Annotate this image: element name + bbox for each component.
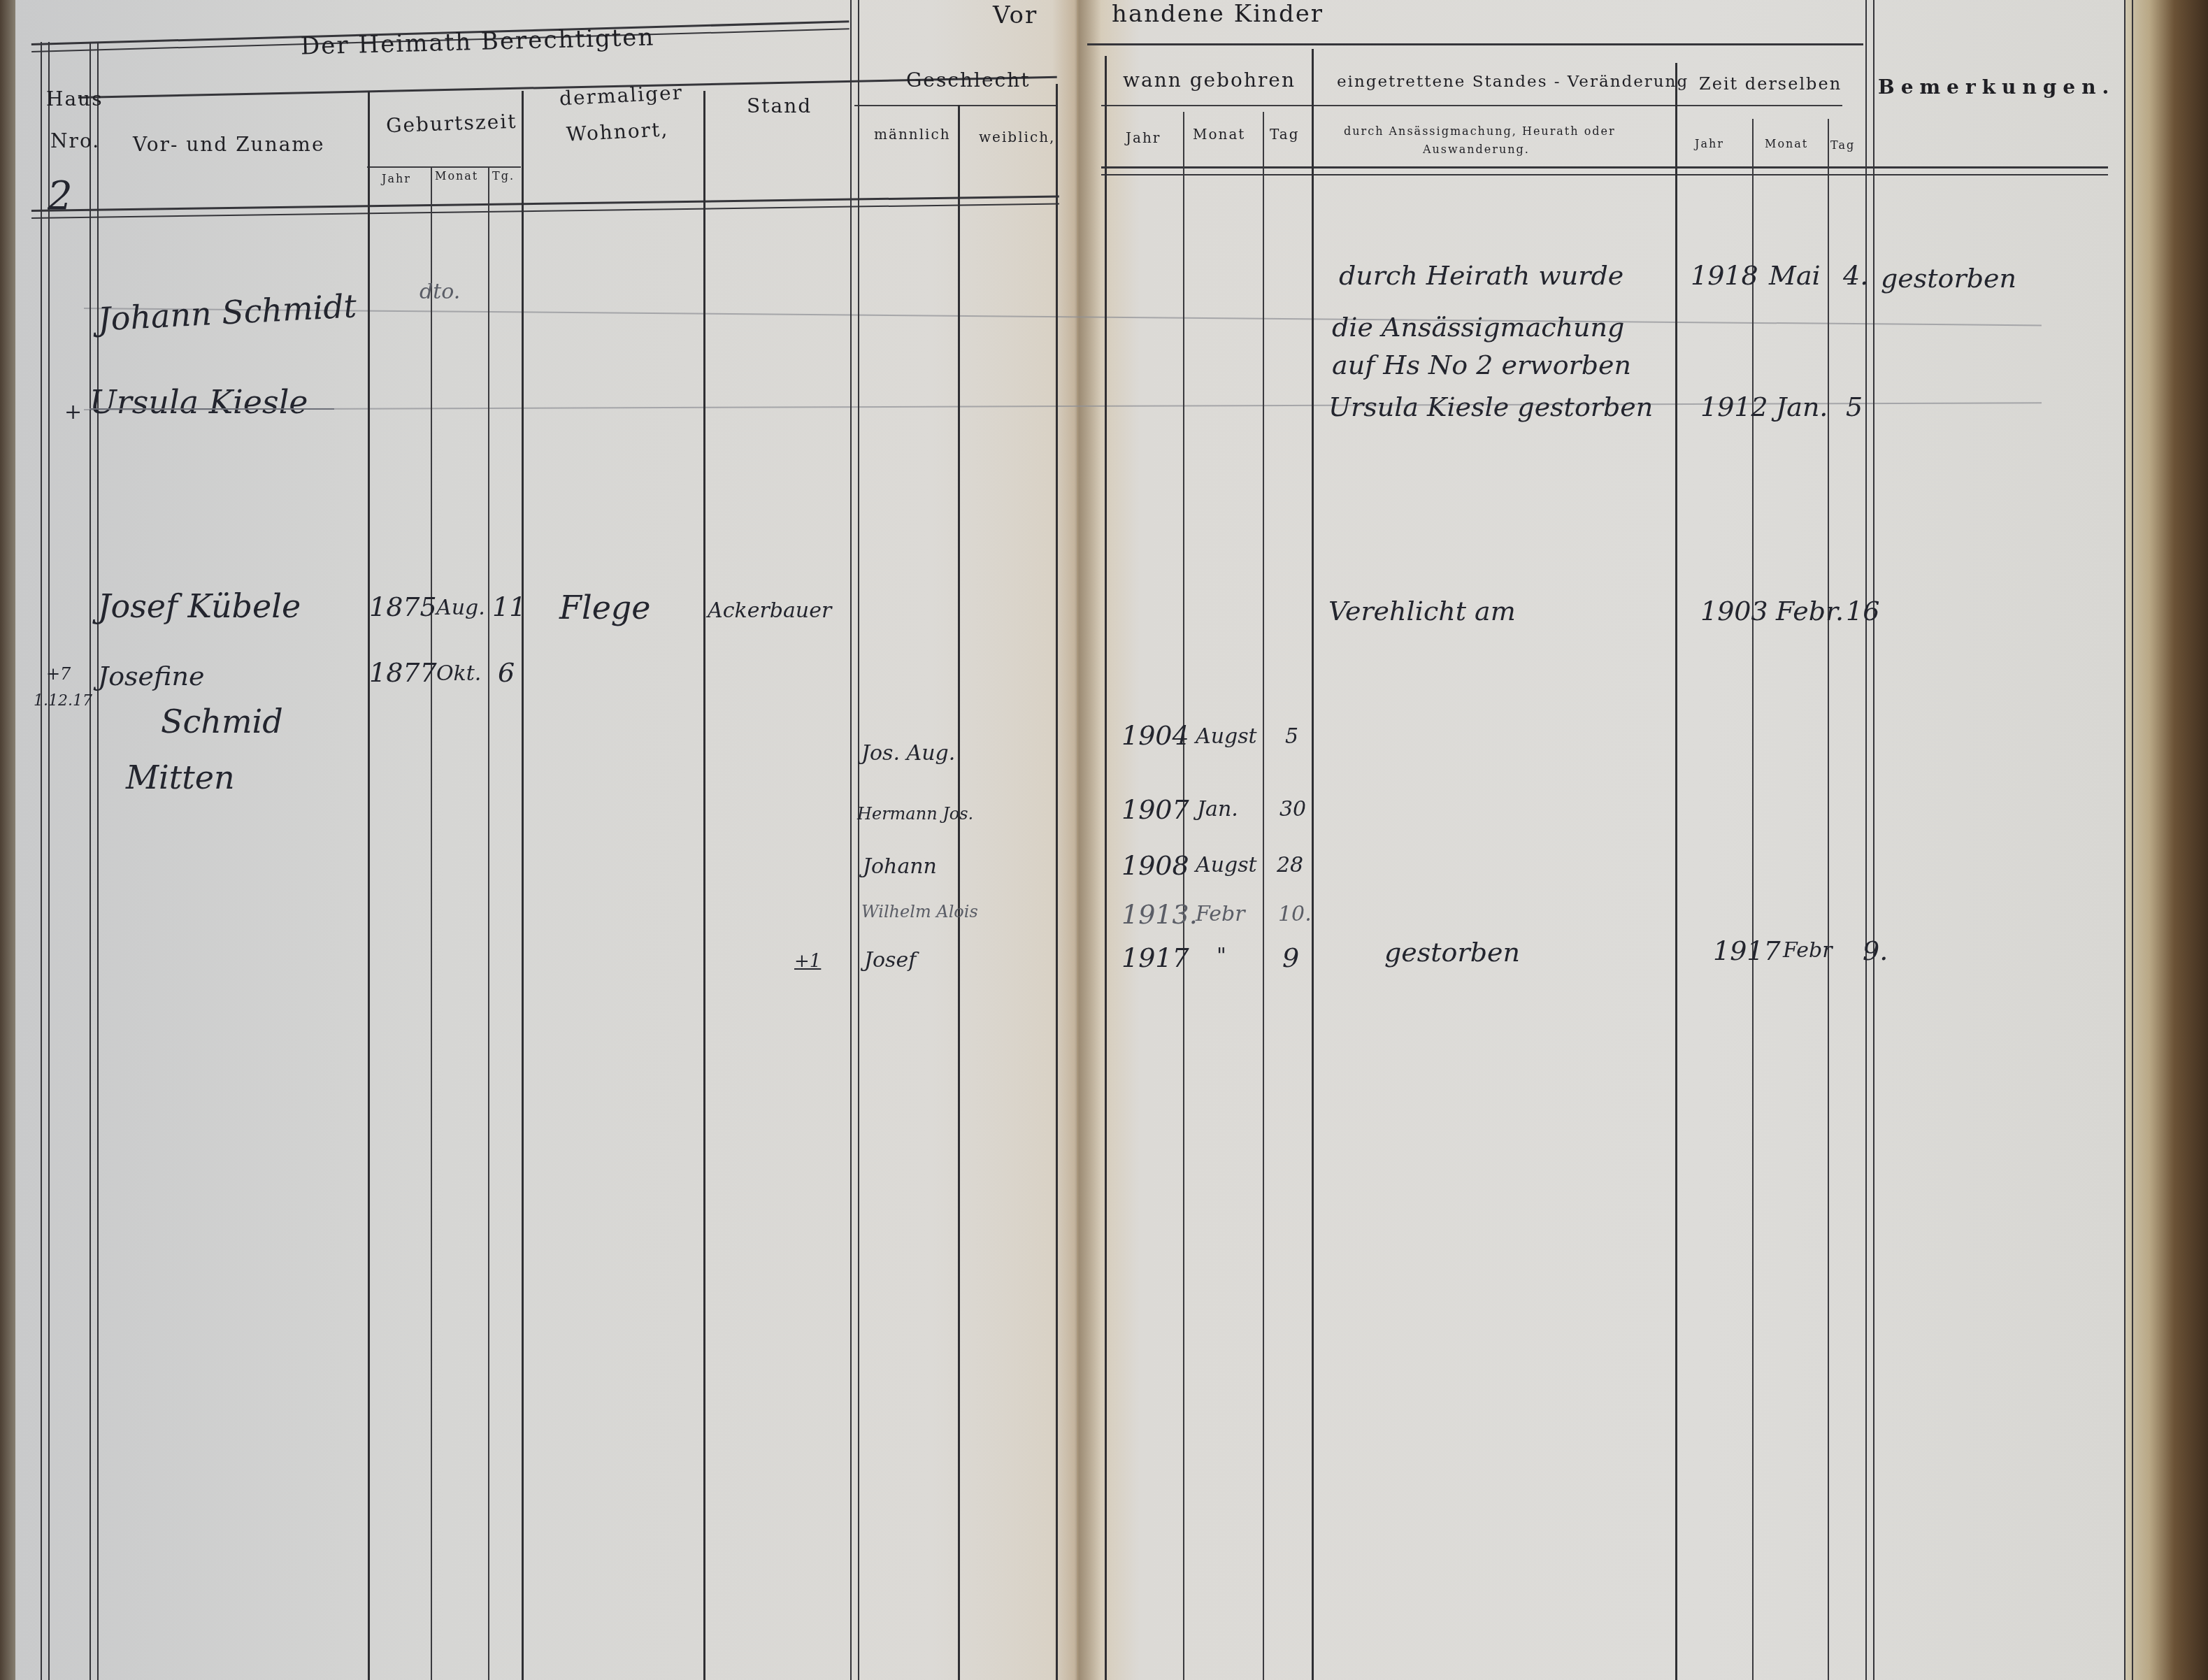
- rule-birth-year: [431, 168, 432, 1680]
- entry-day: 4.: [1843, 260, 1868, 291]
- header-time-month: Monat: [1765, 137, 1808, 150]
- margin-note-2: 1.12.17: [34, 692, 92, 710]
- header-bottom-rule-right: [1101, 166, 2108, 175]
- header-birth-day: Tg.: [492, 169, 515, 182]
- rule-change: [1675, 63, 1677, 1680]
- rule-born-year: [1183, 112, 1184, 1680]
- entry-month: Mai: [1769, 260, 1821, 291]
- entry-change: Ursula Kiesle gestorben: [1328, 392, 1653, 422]
- span-header-part2: handene Kinder: [1112, 0, 1324, 28]
- child-month: Augst: [1196, 724, 1257, 749]
- rule-female: [1056, 84, 1058, 1680]
- child-change-year: 1917: [1713, 935, 1781, 966]
- strike-line: [89, 408, 334, 410]
- child-name: Josef: [864, 948, 916, 972]
- rule-time-year: [1752, 119, 1754, 1680]
- child-day: 5: [1285, 724, 1298, 749]
- birth-subheader-rule: [367, 166, 521, 168]
- child-month: Febr: [1196, 902, 1245, 926]
- header-birth-month: Monat: [435, 169, 478, 182]
- child-day: 28: [1277, 853, 1303, 877]
- entry-birth-month: Aug.: [436, 596, 485, 620]
- book-gutter: [1052, 0, 1101, 1680]
- header-change-sub-2: Auswanderung.: [1423, 143, 1530, 156]
- rule-birth-month: [488, 168, 489, 1680]
- entry-month: Febr.: [1776, 596, 1844, 626]
- rule-born-left: [1105, 56, 1107, 1680]
- entry-change: Verehlicht am: [1328, 596, 1516, 626]
- child-month: Augst: [1196, 853, 1257, 877]
- child-day: 30: [1279, 797, 1306, 821]
- header-nro: Nro.: [50, 129, 100, 152]
- header-change: eingetrettene Standes - Veränderung: [1337, 73, 1689, 91]
- book-binding-right: [2124, 0, 2208, 1680]
- header-remarks: Bemerkungen.: [1878, 76, 2115, 99]
- entry-birth-note: dto.: [420, 280, 460, 304]
- child-year: 1904: [1121, 720, 1189, 751]
- child-day: 10.: [1278, 902, 1312, 926]
- entry-stand: Ackerbauer: [708, 598, 831, 623]
- header-female: weiblich,: [979, 129, 1055, 145]
- house-number: 2: [48, 173, 73, 219]
- rule-remarks: [2124, 0, 2133, 1680]
- entry-birth-month: Okt.: [436, 661, 481, 686]
- child-change-day: 9.: [1863, 935, 1888, 966]
- header-sex: Geschlecht: [906, 69, 1031, 92]
- entry-name-line-3: Mitten: [126, 759, 235, 796]
- rule-time-month: [1828, 119, 1829, 1680]
- rule-born-month: [1263, 112, 1264, 1680]
- header-born-year: Jahr: [1126, 129, 1161, 146]
- header-name: Vor- und Zuname: [133, 133, 324, 156]
- death-mark: +: [64, 400, 82, 424]
- header-male: männlich: [874, 126, 951, 143]
- entry-year: 1918: [1691, 260, 1758, 291]
- rule-time: [1865, 0, 1874, 1680]
- entry-change-line-3: auf Hs No 2 erworben: [1332, 350, 1631, 380]
- rule-haus: [89, 42, 99, 1680]
- rule-stand: [850, 0, 859, 1680]
- entry-birth-year: 1877: [369, 657, 437, 688]
- child-month: ": [1217, 944, 1226, 968]
- entry-month: Jan.: [1776, 392, 1828, 422]
- entry-remark: gestorben: [1881, 263, 2016, 294]
- rule-margin: [41, 42, 50, 1680]
- entry-birth-year: 1875: [369, 591, 437, 622]
- death-mark: +1: [794, 951, 821, 972]
- child-year: 1917: [1121, 942, 1189, 973]
- subheader-rule-right: [1101, 105, 1842, 106]
- child-name: Johann: [863, 854, 937, 879]
- rule-born: [1312, 49, 1314, 1680]
- entry-change-line-2: die Ansässigmachung: [1332, 312, 1624, 343]
- header-time-year: Jahr: [1695, 137, 1724, 150]
- entry-year: 1912: [1700, 392, 1768, 422]
- header-time: Zeit derselben: [1699, 74, 1842, 94]
- span-header-part1: Vor: [993, 1, 1038, 29]
- child-name: Wilhelm Alois: [861, 902, 978, 921]
- header-birth: Geburtszeit: [385, 110, 517, 138]
- group-header-rule-right: [1087, 43, 1863, 45]
- header-haus: Haus: [46, 87, 103, 110]
- header-born: wann gebohren: [1123, 69, 1296, 92]
- rule-birth: [522, 91, 524, 1680]
- entry-residence: Flege: [559, 589, 651, 626]
- child-change-month: Febr: [1783, 938, 1832, 963]
- entry-name-line-2: Schmid: [161, 703, 283, 740]
- child-day: 9: [1282, 942, 1299, 973]
- book-binding-left: [0, 0, 17, 1680]
- entry-name: Josef Kübele: [98, 587, 301, 625]
- child-year: 1913.: [1121, 899, 1198, 930]
- left-page: [15, 0, 1092, 1680]
- child-month: Jan.: [1197, 797, 1238, 821]
- header-birth-year: Jahr: [382, 172, 411, 185]
- sex-subheader-rule: [854, 105, 1057, 106]
- child-name: Hermann Jos.: [857, 804, 973, 824]
- child-year: 1907: [1121, 794, 1189, 825]
- entry-day: 5: [1846, 392, 1863, 422]
- header-born-month: Monat: [1193, 126, 1245, 143]
- margin-note-1: +7: [46, 664, 71, 684]
- header-change-sub-1: durch Ansässigmachung, Heurath oder: [1344, 124, 1616, 138]
- entry-day: 16: [1846, 596, 1879, 626]
- rule-male: [958, 105, 960, 1680]
- child-name: Jos. Aug.: [861, 741, 955, 766]
- rule-name: [368, 91, 370, 1680]
- entry-name: Ursula Kiesle: [89, 383, 308, 421]
- header-time-day: Tag: [1830, 138, 1855, 152]
- entry-birth-day: 6: [498, 657, 515, 688]
- child-year: 1908: [1121, 850, 1189, 881]
- header-born-day: Tag: [1270, 126, 1300, 143]
- child-change: gestorben: [1384, 937, 1520, 968]
- entry-birth-day: 11: [492, 591, 526, 622]
- entry-year: 1903: [1700, 596, 1768, 626]
- entry-name-line-1: Josefine: [98, 661, 204, 691]
- entry-change-line-1: durch Heirath wurde: [1339, 260, 1623, 291]
- header-stand: Stand: [747, 94, 812, 117]
- rule-residence: [703, 91, 705, 1680]
- right-page: [1077, 0, 2125, 1680]
